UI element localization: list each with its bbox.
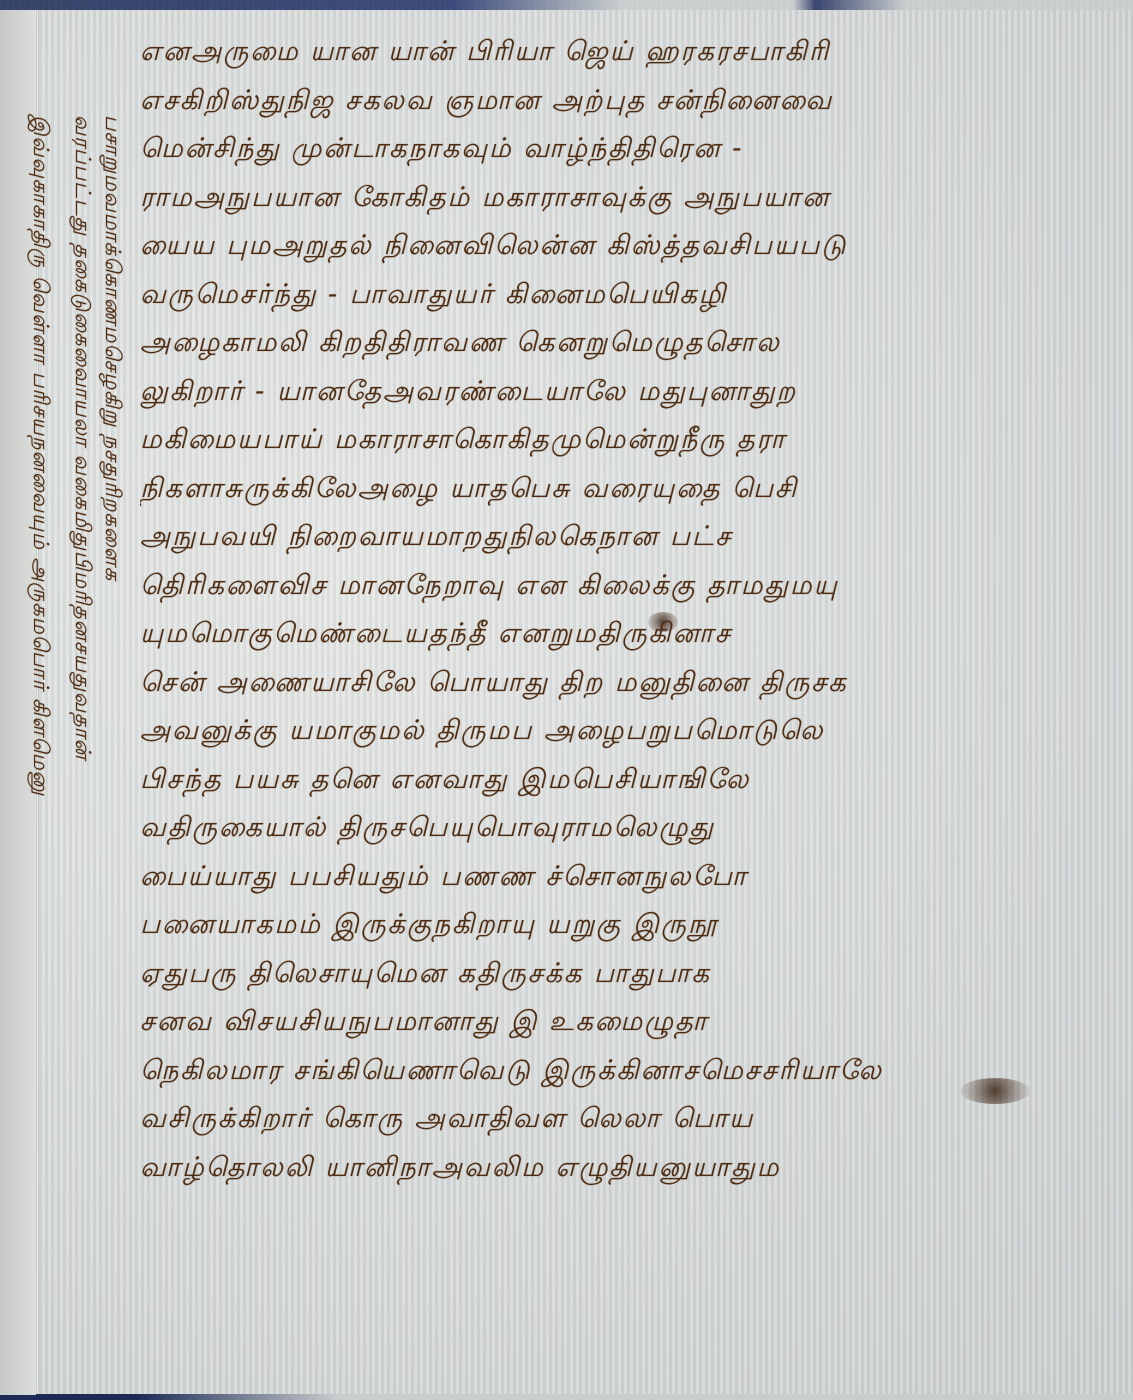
text-line: யைய புமஅறுதல் நினைவிலென்ன கிஸ்த்தவசிபயபட…: [140, 222, 1125, 271]
text-line: மென்சிந்து முன்டாகநாகவும் வாழ்ந்திதிரென …: [140, 125, 1125, 174]
margin-note-column-2: வரப்பட்டது தகைடுகைவைாயலா வகைமிதுபிமரிதனச…: [70, 115, 96, 1395]
text-line: அழைகாமலி கிறதிதிராவண கெனறுமெழுதசொல: [140, 319, 1125, 368]
text-line: சென் அணையாசிலே பொயாது திற மனுதினை திருசக: [140, 659, 1125, 708]
text-line: ஏதுபரு திலெசாயுமென கதிருசக்க பாதுபாக: [140, 950, 1125, 999]
text-line: நெகிலமார சங்கியெணாவெடு இருக்கினாசமெசசரிய…: [140, 1047, 1125, 1096]
text-line: அவனுக்கு யமாகுமல் திருமப அழைபறுபமொடுலெ: [140, 707, 1125, 756]
text-line: எசகிறிஸ்துநிஜ சகலவ ஞமான அற்புத சன்நினைவை: [140, 77, 1125, 126]
text-line: லுகிறார் - யானதேஅவரண்டையாலே மதுபுனாதுற: [140, 368, 1125, 417]
margin-note-column-3: பசாறுமவமாக்கொணமசெழகிறு நசதுரிறகளைக: [100, 115, 126, 805]
text-line: தெிரிகளைவிச மானநேறாவு என கிலைக்கு தாமதும…: [140, 562, 1125, 611]
text-line: வருமெசர்ந்து - பாவாதுயர் கினைமபெயிகழி: [140, 271, 1125, 320]
text-line: அநுபவயி நிறைவாயமாறதுநிலகெநான பட்ச: [140, 513, 1125, 562]
text-line: வசிருக்கிறார் கொரு அவாதிவள லெலா பொய: [140, 1095, 1125, 1144]
text-line: பனையாகமம் இருக்குநகிறாயு யறுகு இருநூ: [140, 901, 1125, 950]
text-line: வதிருகையால் திருசபெயுபொவுராமலெழுது: [140, 804, 1125, 853]
text-line: பைய்யாது பபசியதும் பணண ச்சொனநுலபோ: [140, 853, 1125, 902]
text-line: மகிமையபாய் மகாராசாகொகிதமுமென்றுநீரு தரா: [140, 416, 1125, 465]
text-line: ராமஅநுபயான கோகிதம் மகாராசாவுக்கு அநுபயான: [140, 174, 1125, 223]
manuscript-body: எனஅருமை யான யான் பிரியா ஜெய் ஹரகரசபாகிரி…: [140, 28, 1125, 1192]
margin-note-column-1: இவ்வுகாகாதிரு வெள்ளா பரிசயநனவையும் அருகம…: [28, 115, 54, 1175]
text-line: நிகளாசுருக்கிலேஅழை யாதபெசு வரையுதை பெசி: [140, 465, 1125, 514]
text-line: எனஅருமை யான யான் பிரியா ஜெய் ஹரகரசபாகிரி: [140, 28, 1125, 77]
bottom-edge-background: [0, 1394, 1133, 1400]
text-line: பிசந்த பயசு தனெ எனவாது இமபெசியாஙிலே: [140, 756, 1125, 805]
text-line: வாழ்தொலலி யானிநாஅவலிம எழுதியனுயாதும: [140, 1144, 1125, 1193]
text-line: சனவ விசயசியநுபமானாது இ உகமைழுதா: [140, 998, 1125, 1047]
text-line: யுமமொகுமெண்டையதந்தீ எனறுமதிருகினாச: [140, 610, 1125, 659]
top-edge-background: [0, 0, 1133, 10]
